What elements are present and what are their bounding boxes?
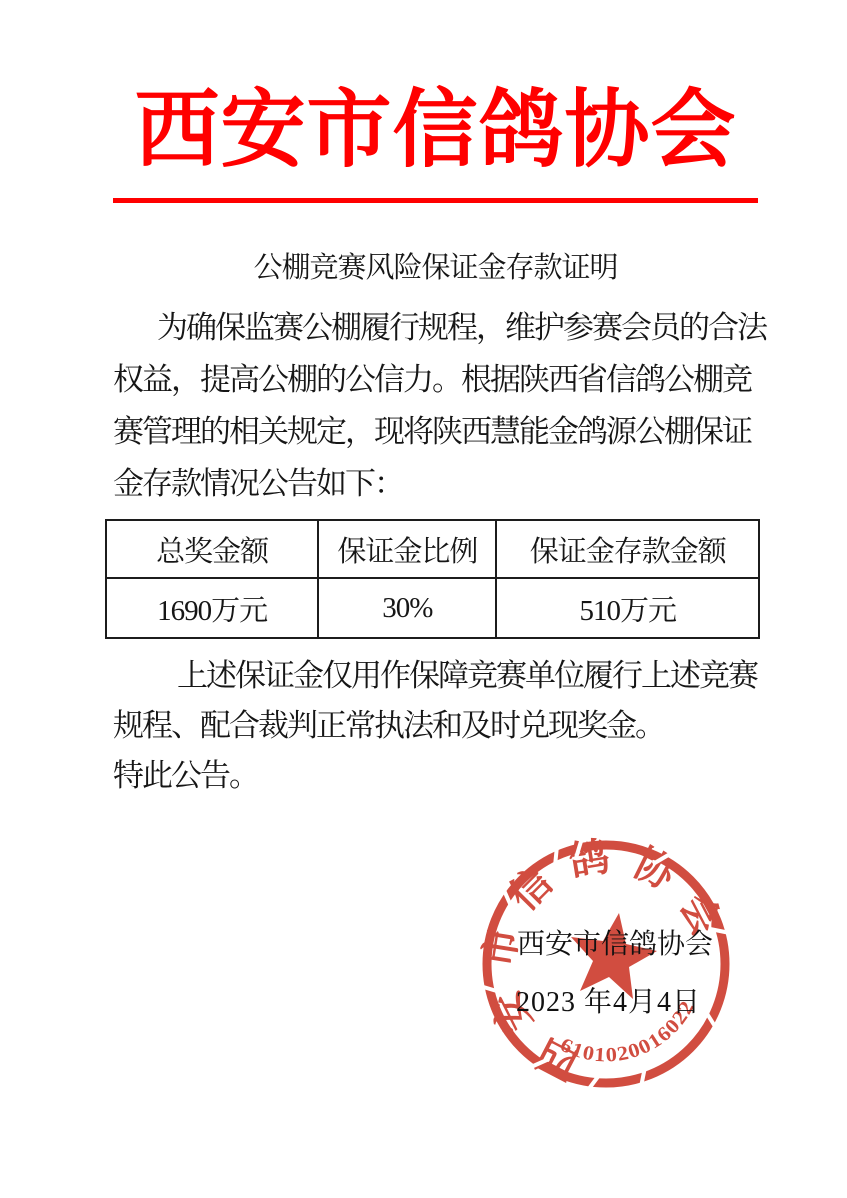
table-header-deposit-amount: 保证金存款金额 xyxy=(496,520,759,578)
table-cell-deposit-amount: 510万元 xyxy=(496,578,759,638)
document-page: 西安市信鸽协会 公棚竞赛风险保证金存款证明 为确保监赛公棚履行规程，维护参赛会员… xyxy=(0,0,847,1198)
paragraph-line: 为确保监赛公棚履行规程，维护参赛会员的合法 xyxy=(113,302,758,354)
paragraph-intro: 为确保监赛公棚履行规程，维护参赛会员的合法 权益，提高公棚的公信力。根据陕西省信… xyxy=(113,302,758,510)
paragraph-line: 特此公告。 xyxy=(113,751,758,801)
table-cell-total-prize: 1690万元 xyxy=(106,578,318,638)
table-header-deposit-ratio: 保证金比例 xyxy=(318,520,496,578)
letterhead-divider xyxy=(113,198,758,203)
signature-organization: 西安市信鸽协会 xyxy=(517,926,713,964)
paragraph-line: 赛管理的相关规定，现将陕西慧能金鸽源公棚保证 xyxy=(113,406,758,458)
paragraph-line: 上述保证金仅用作保障竞赛单位履行上述竞赛 xyxy=(113,651,758,701)
paragraph-line: 金存款情况公告如下： xyxy=(113,458,758,510)
paragraph-line: 权益，提高公棚的公信力。根据陕西省信鸽公棚竞 xyxy=(113,354,758,406)
table-row: 1690万元 30% 510万元 xyxy=(106,578,759,638)
document-title: 公棚竞赛风险保证金存款证明 xyxy=(113,250,758,286)
paragraph-line: 规程、配合裁判正常执法和及时兑现奖金。 xyxy=(113,701,758,751)
signature-date: 2023 年4月4日 xyxy=(516,984,701,1022)
table-header-row: 总奖金额 保证金比例 保证金存款金额 xyxy=(106,520,759,578)
table-cell-deposit-ratio: 30% xyxy=(318,578,496,638)
paragraph-closing: 上述保证金仅用作保障竞赛单位履行上述竞赛 规程、配合裁判正常执法和及时兑现奖金。… xyxy=(113,651,758,801)
table-header-total-prize: 总奖金额 xyxy=(106,520,318,578)
letterhead-title: 西安市信鸽协会 xyxy=(113,78,758,184)
deposit-table: 总奖金额 保证金比例 保证金存款金额 1690万元 30% 510万元 xyxy=(105,519,760,639)
